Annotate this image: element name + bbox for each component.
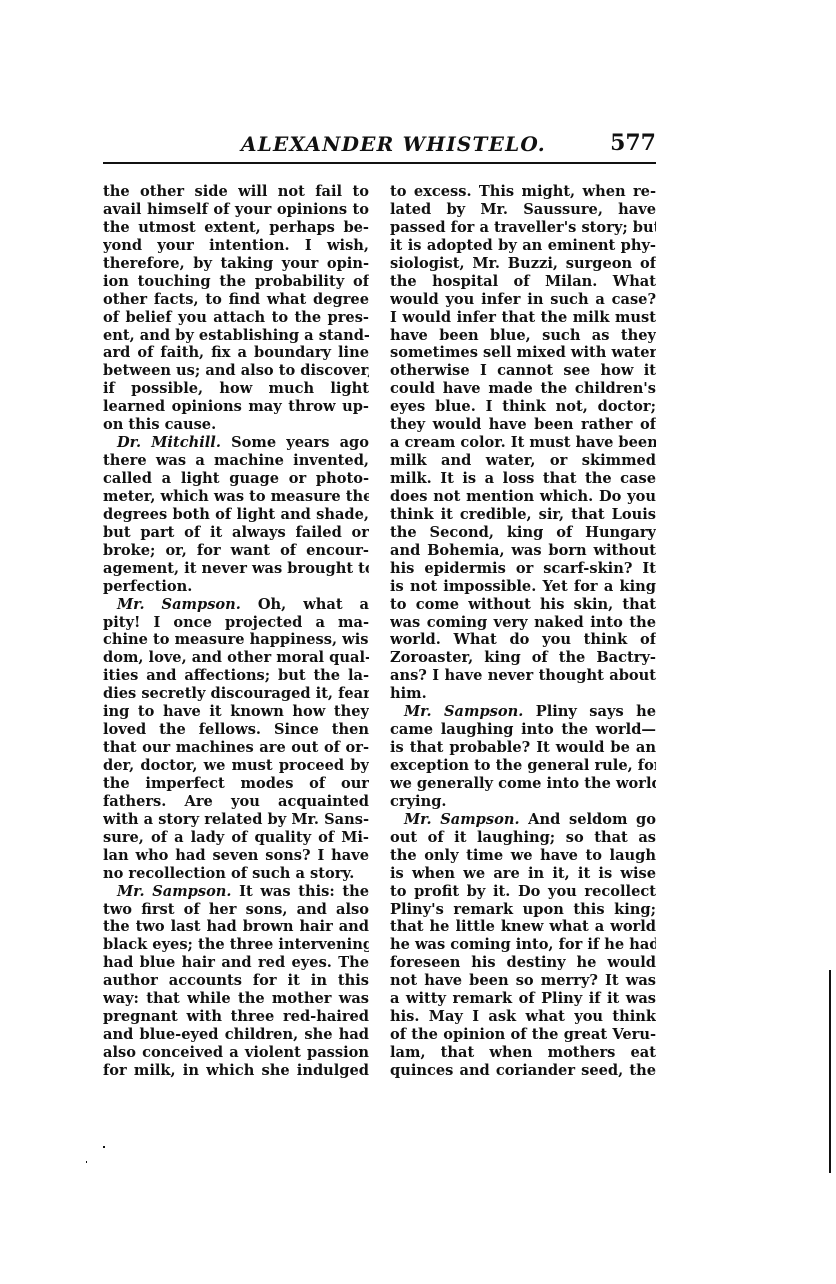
text-line: fathers. Are you acquainted <box>103 793 369 811</box>
line-text: his epidermis or scarf-skin? It <box>390 560 656 577</box>
text-line: to come without his skin, that <box>390 596 656 614</box>
text-line: would you infer in such a case? <box>390 291 656 309</box>
text-line: the hospital of Milan. What <box>390 273 656 291</box>
line-text: of belief you attach to the pres- <box>103 309 369 326</box>
text-line: but part of it always failed or <box>103 524 369 542</box>
line-text: chine to measure happiness, wis- <box>103 631 369 648</box>
line-text: there was a machine invented, <box>103 452 369 469</box>
line-text: to profit by it. Do you recollect <box>390 883 656 900</box>
running-title: ALEXANDER WHISTELO. <box>241 132 546 156</box>
line-text: on this cause. <box>103 416 216 433</box>
text-line: lan who had seven sons? I have <box>103 847 369 865</box>
text-line: we generally come into the world <box>390 775 656 793</box>
text-line: dies secretly discouraged it, fear- <box>103 685 369 703</box>
page-header: ALEXANDER WHISTELO. 577 <box>103 128 656 162</box>
text-line: and blue-eyed children, she had <box>103 1026 369 1044</box>
line-text: it is adopted by an eminent phy- <box>390 237 656 254</box>
line-text: And seldom go <box>520 811 656 828</box>
text-line: meter, which was to measure the <box>103 488 369 506</box>
text-line: learned opinions may throw up- <box>103 398 369 416</box>
line-text: a cream color. It must have been <box>390 434 656 451</box>
line-text: Pliny says he <box>523 703 656 720</box>
text-line: ent, and by establishing a stand- <box>103 327 369 345</box>
text-line: ion touching the probability of <box>103 273 369 291</box>
scan-speck <box>103 1146 105 1148</box>
line-text: the two last had brown hair and <box>103 918 369 935</box>
line-text: a witty remark of Pliny if it was <box>390 990 656 1007</box>
scan-edge-line <box>829 970 831 1173</box>
line-text: think it credible, sir, that Louis <box>390 506 656 523</box>
speaker-name: Mr. Sampson. <box>117 596 241 613</box>
left-column: the other side will not fail toavail him… <box>103 183 369 1080</box>
line-text: to come without his skin, that <box>390 596 656 613</box>
speaker-name: Mr. Sampson. <box>117 883 232 900</box>
speaker-name: Mr. Sampson. <box>404 811 520 828</box>
text-line: with a story related by Mr. Sans- <box>103 811 369 829</box>
text-line: and Bohemia, was born without <box>390 542 656 560</box>
text-line: sure, of a lady of quality of Mi- <box>103 829 369 847</box>
line-text: ans? I have never thought about <box>390 667 656 684</box>
line-text: crying. <box>390 793 447 810</box>
text-line: crying. <box>390 793 656 811</box>
text-line: degrees both of light and shade, <box>103 506 369 524</box>
line-text: the hospital of Milan. What <box>390 273 656 290</box>
line-text: ion touching the probability of <box>103 273 369 290</box>
text-line: ities and affections; but the la- <box>103 667 369 685</box>
line-text: der, doctor, we must proceed by <box>103 757 369 774</box>
text-line: lam, that when mothers eat <box>390 1044 656 1062</box>
text-line: does not mention which. Do you <box>390 488 656 506</box>
text-line: a cream color. It must have been <box>390 434 656 452</box>
text-line: perfection. <box>103 578 369 596</box>
line-text: It was this: the <box>232 883 369 900</box>
line-text: not have been so merry? It was <box>390 972 656 989</box>
scan-speck <box>86 1161 87 1163</box>
text-line: chine to measure happiness, wis- <box>103 631 369 649</box>
line-text: Pliny's remark upon this king; <box>390 901 656 918</box>
text-line: that our machines are out of or- <box>103 739 369 757</box>
text-line: pity! I once projected a ma- <box>103 614 369 632</box>
text-line: exception to the general rule, for <box>390 757 656 775</box>
text-line: came laughing into the world— <box>390 721 656 739</box>
text-line: siologist, Mr. Buzzi, surgeon of <box>390 255 656 273</box>
text-line: it is adopted by an eminent phy- <box>390 237 656 255</box>
header-rule <box>103 162 656 164</box>
text-line: he was coming into, for if he had <box>390 936 656 954</box>
text-line: Zoroaster, king of the Bactry- <box>390 649 656 667</box>
text-line: not have been so merry? It was <box>390 972 656 990</box>
text-line: Dr. Mitchill. Some years ago <box>103 434 369 452</box>
line-text: lan who had seven sons? I have <box>103 847 369 864</box>
text-line: out of it laughing; so that as <box>390 829 656 847</box>
text-line: foreseen his destiny he would <box>390 954 656 972</box>
text-line: dom, love, and other moral qual- <box>103 649 369 667</box>
text-line: had blue hair and red eyes. The <box>103 954 369 972</box>
text-line: the imperfect modes of our <box>103 775 369 793</box>
text-line: sometimes sell mixed with water; <box>390 344 656 362</box>
text-line: quinces and coriander seed, the <box>390 1062 656 1080</box>
text-line: two first of her sons, and also <box>103 901 369 919</box>
text-line: is that probable? It would be an <box>390 739 656 757</box>
line-text: the other side will not fail to <box>103 183 369 200</box>
text-line: Mr. Sampson. Pliny says he <box>390 703 656 721</box>
line-text: milk and water, or skimmed <box>390 452 656 469</box>
line-text: I would infer that the milk must <box>390 309 656 326</box>
line-text: avail himself of your opinions to <box>103 201 369 218</box>
line-text: Some years ago <box>221 434 369 451</box>
line-text: world. What do you think of <box>390 631 656 648</box>
text-line: on this cause. <box>103 416 369 434</box>
speaker-name: Mr. Sampson. <box>404 703 523 720</box>
text-line: there was a machine invented, <box>103 452 369 470</box>
text-line: his epidermis or scarf-skin? It <box>390 560 656 578</box>
line-text: does not mention which. Do you <box>390 488 656 505</box>
line-text: but part of it always failed or <box>103 524 369 541</box>
text-line: author accounts for it in this <box>103 972 369 990</box>
text-line: to excess. This might, when re- <box>390 183 656 201</box>
line-text: dom, love, and other moral qual- <box>103 649 369 666</box>
text-line: could have made the children's <box>390 380 656 398</box>
text-line: lated by Mr. Saussure, have <box>390 201 656 219</box>
text-line: Pliny's remark upon this king; <box>390 901 656 919</box>
line-text: ard of faith, fix a boundary line <box>103 344 369 361</box>
text-line: they would have been rather of <box>390 416 656 434</box>
text-line: Mr. Sampson. And seldom go <box>390 811 656 829</box>
speaker-name: Dr. Mitchill. <box>117 434 221 451</box>
text-line: between us; and also to discover, <box>103 362 369 380</box>
line-text: lated by Mr. Saussure, have <box>390 201 656 218</box>
text-line: loved the fellows. Since then <box>103 721 369 739</box>
line-text: is when we are in it, it is wise <box>390 865 656 882</box>
line-text: siologist, Mr. Buzzi, surgeon of <box>390 255 656 272</box>
text-line: called a light guage or photo- <box>103 470 369 488</box>
line-text: other facts, to find what degree <box>103 291 369 308</box>
line-text: two first of her sons, and also <box>103 901 369 918</box>
text-line: think it credible, sir, that Louis <box>390 506 656 524</box>
line-text: was coming very naked into the <box>390 614 656 631</box>
text-line: no recollection of such a story. <box>103 865 369 883</box>
text-line: the only time we have to laugh <box>390 847 656 865</box>
text-line: to profit by it. Do you recollect <box>390 883 656 901</box>
line-text: passed for a traveller's story; but <box>390 219 656 236</box>
text-line: Mr. Sampson. Oh, what a <box>103 596 369 614</box>
text-line: ing to have it known how they <box>103 703 369 721</box>
text-line: a witty remark of Pliny if it was <box>390 990 656 1008</box>
line-text: is not impossible. Yet for a king <box>390 578 656 595</box>
line-text: Zoroaster, king of the Bactry- <box>390 649 656 666</box>
text-line: pregnant with three red-haired <box>103 1008 369 1026</box>
line-text: would you infer in such a case? <box>390 291 656 308</box>
text-line: therefore, by taking your opin- <box>103 255 369 273</box>
text-line: der, doctor, we must proceed by <box>103 757 369 775</box>
text-line: the utmost extent, perhaps be- <box>103 219 369 237</box>
text-line: black eyes; the three intervening <box>103 936 369 954</box>
line-text: lam, that when mothers eat <box>390 1044 656 1061</box>
line-text: meter, which was to measure the <box>103 488 369 505</box>
line-text: foreseen his destiny he would <box>390 954 656 971</box>
right-column: to excess. This might, when re-lated by … <box>390 183 656 1080</box>
page-number: 577 <box>610 130 656 156</box>
line-text: broke; or, for want of encour- <box>103 542 369 559</box>
text-line: him. <box>390 685 656 703</box>
line-text: he was coming into, for if he had <box>390 936 656 953</box>
text-line: passed for a traveller's story; but <box>390 219 656 237</box>
line-text: if possible, how much light <box>103 380 369 397</box>
text-line: agement, it never was brought to <box>103 560 369 578</box>
text-line: ard of faith, fix a boundary line <box>103 344 369 362</box>
line-text: we generally come into the world <box>390 775 656 792</box>
line-text: yond your intention. I wish, <box>103 237 369 254</box>
line-text: have been blue, such as they <box>390 327 656 344</box>
text-line: if possible, how much light <box>103 380 369 398</box>
line-text: the only time we have to laugh <box>390 847 656 864</box>
text-line: of the opinion of the great Veru- <box>390 1026 656 1044</box>
text-line: Mr. Sampson. It was this: the <box>103 883 369 901</box>
line-text: him. <box>390 685 427 702</box>
line-text: could have made the children's <box>390 380 656 397</box>
line-text: milk. It is a loss that the case <box>390 470 656 487</box>
line-text: eyes blue. I think not, doctor; <box>390 398 656 415</box>
text-line: world. What do you think of <box>390 631 656 649</box>
line-text: that our machines are out of or- <box>103 739 369 756</box>
line-text: agement, it never was brought to <box>103 560 369 577</box>
text-line: his. May I ask what you think <box>390 1008 656 1026</box>
line-text: black eyes; the three intervening <box>103 936 369 953</box>
line-text: came laughing into the world— <box>390 721 656 738</box>
line-text: also conceived a violent passion <box>103 1044 369 1061</box>
line-text: sure, of a lady of quality of Mi- <box>103 829 369 846</box>
line-text: out of it laughing; so that as <box>390 829 656 846</box>
line-text: Oh, what a <box>241 596 369 613</box>
line-text: is that probable? It would be an <box>390 739 656 756</box>
text-line: otherwise I cannot see how it <box>390 362 656 380</box>
line-text: called a light guage or photo- <box>103 470 369 487</box>
line-text: sometimes sell mixed with water; <box>390 344 656 361</box>
line-text: between us; and also to discover, <box>103 362 369 379</box>
text-line: have been blue, such as they <box>390 327 656 345</box>
line-text: exception to the general rule, for <box>390 757 656 774</box>
text-line: ans? I have never thought about <box>390 667 656 685</box>
text-line: the two last had brown hair and <box>103 918 369 936</box>
line-text: and blue-eyed children, she had <box>103 1026 369 1043</box>
line-text: ent, and by establishing a stand- <box>103 327 369 344</box>
text-line: milk. It is a loss that the case <box>390 470 656 488</box>
text-line: the Second, king of Hungary <box>390 524 656 542</box>
text-line: way: that while the mother was <box>103 990 369 1008</box>
line-text: fathers. Are you acquainted <box>103 793 369 810</box>
text-line: eyes blue. I think not, doctor; <box>390 398 656 416</box>
text-line: was coming very naked into the <box>390 614 656 632</box>
text-line: is when we are in it, it is wise <box>390 865 656 883</box>
line-text: learned opinions may throw up- <box>103 398 369 415</box>
text-line: that he little knew what a world <box>390 918 656 936</box>
line-text: author accounts for it in this <box>103 972 369 989</box>
text-line: milk and water, or skimmed <box>390 452 656 470</box>
line-text: the utmost extent, perhaps be- <box>103 219 369 236</box>
line-text: ities and affections; but the la- <box>103 667 369 684</box>
line-text: and Bohemia, was born without <box>390 542 656 559</box>
line-text: way: that while the mother was <box>103 990 369 1007</box>
line-text: the Second, king of Hungary <box>390 524 656 541</box>
text-line: yond your intention. I wish, <box>103 237 369 255</box>
text-line: other facts, to find what degree <box>103 291 369 309</box>
line-text: ing to have it known how they <box>103 703 369 720</box>
line-text: degrees both of light and shade, <box>103 506 369 523</box>
line-text: pregnant with three red-haired <box>103 1008 369 1025</box>
line-text: of the opinion of the great Veru- <box>390 1026 656 1043</box>
text-line: avail himself of your opinions to <box>103 201 369 219</box>
line-text: quinces and coriander seed, the <box>390 1062 656 1079</box>
line-text: with a story related by Mr. Sans- <box>103 811 369 828</box>
line-text: the imperfect modes of our <box>103 775 369 792</box>
line-text: had blue hair and red eyes. The <box>103 954 369 971</box>
text-line: also conceived a violent passion <box>103 1044 369 1062</box>
line-text: to excess. This might, when re- <box>390 183 656 200</box>
text-line: the other side will not fail to <box>103 183 369 201</box>
line-text: no recollection of such a story. <box>103 865 354 882</box>
line-text: they would have been rather of <box>390 416 656 433</box>
line-text: perfection. <box>103 578 192 595</box>
text-line: for milk, in which she indulged <box>103 1062 369 1080</box>
text-line: broke; or, for want of encour- <box>103 542 369 560</box>
line-text: loved the fellows. Since then <box>103 721 369 738</box>
line-text: otherwise I cannot see how it <box>390 362 656 379</box>
line-text: that he little knew what a world <box>390 918 656 935</box>
line-text: pity! I once projected a ma- <box>103 614 369 631</box>
text-line: I would infer that the milk must <box>390 309 656 327</box>
line-text: dies secretly discouraged it, fear- <box>103 685 369 702</box>
line-text: his. May I ask what you think <box>390 1008 656 1025</box>
line-text: therefore, by taking your opin- <box>103 255 369 272</box>
line-text: for milk, in which she indulged <box>103 1062 369 1079</box>
text-line: of belief you attach to the pres- <box>103 309 369 327</box>
text-line: is not impossible. Yet for a king <box>390 578 656 596</box>
